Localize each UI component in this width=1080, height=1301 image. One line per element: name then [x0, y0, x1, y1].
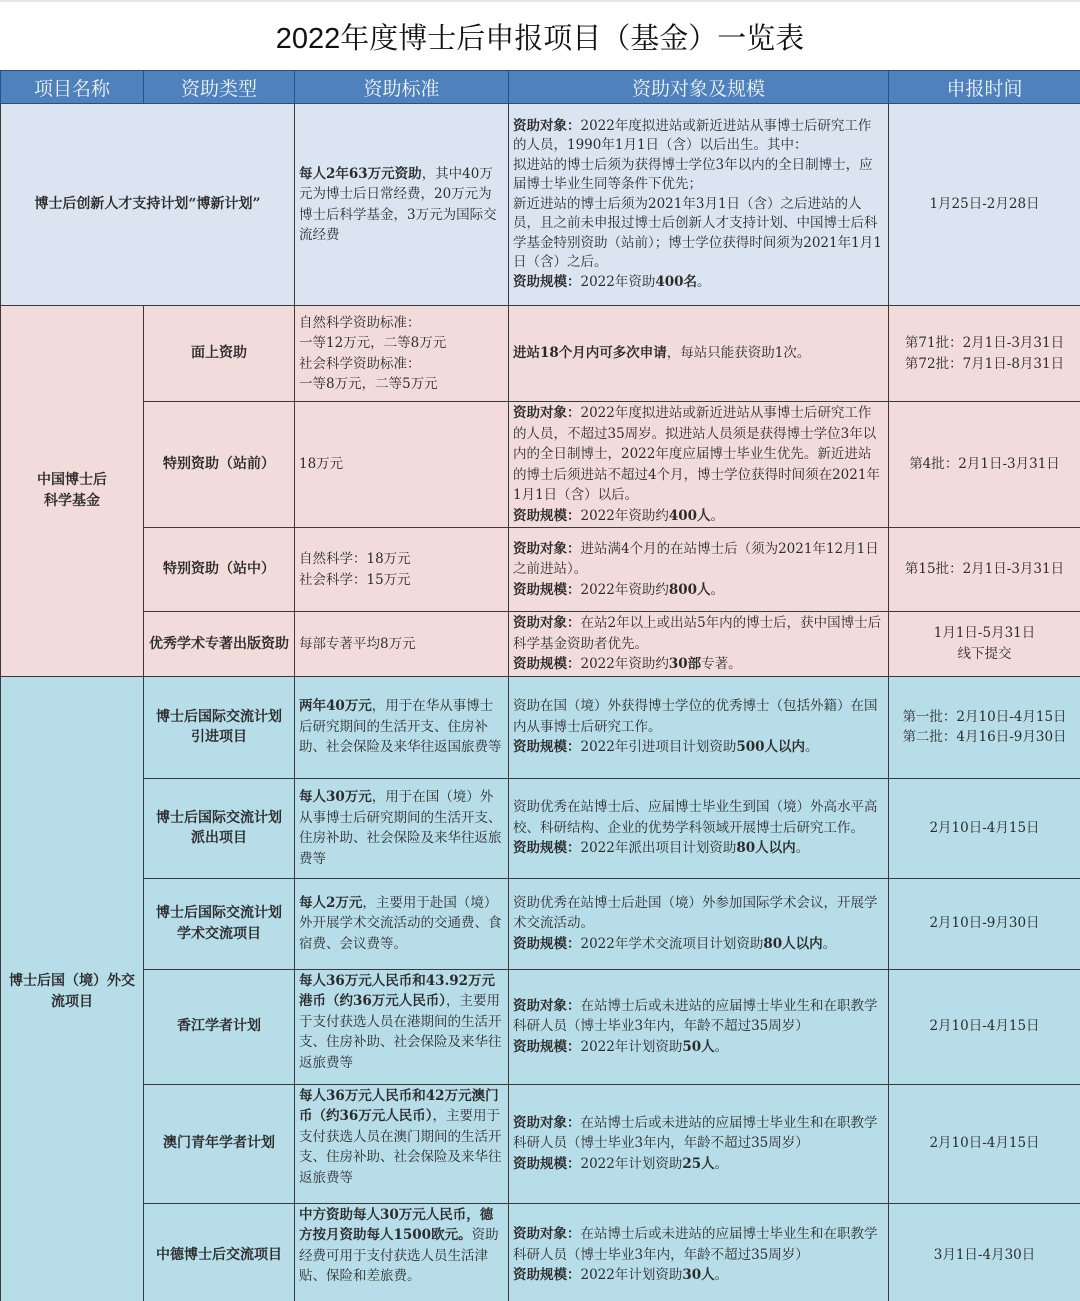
funding-standard-cell: 自然科学：18万元 社会科学：15万元	[295, 528, 509, 612]
scale-value: 25人	[682, 1156, 714, 1172]
target-scale-cell: 资助对象：2022年度拟进站或新近进站从事博士后研究工作的人员，1990年1月1…	[509, 104, 889, 306]
apply-time-cell: 2月10日-4月15日	[889, 1084, 1080, 1203]
apply-time-cell: 2月10日-4月15日	[889, 778, 1080, 878]
apply-time-cell: 2月10日-4月15日	[889, 969, 1080, 1084]
scale-suffix: 。	[805, 739, 819, 755]
funding-standard-cell: 两年40万元，用于在华从事博士后研究期间的生活开支、住房补助、社会保险及来华往返…	[295, 676, 509, 778]
apply-time-cell: 第15批：2月1日-3月31日	[889, 528, 1080, 612]
scale-suffix: 。	[697, 274, 711, 290]
funding-standard-cell: 每人30万元，用于在国（境）外从事博士后研究期间的生活开支、住房补助、社会保险及…	[295, 778, 509, 878]
table-row: 博士后国际交流计划 派出项目 每人30万元，用于在国（境）外从事博士后研究期间的…	[1, 778, 1080, 878]
scale-suffix: 。	[823, 936, 837, 952]
funding-standard-cell: 18万元	[295, 402, 509, 528]
target-label: 资助对象：	[513, 1115, 581, 1131]
scale-text: 2022年派出项目计划资助	[581, 840, 737, 856]
funding-standard-cell: 每部专著平均8万元	[295, 612, 509, 677]
table-row: 博士后创新人才支持计划“博新计划” 每人2年63万元资助，其中40万元为博士后日…	[1, 104, 1080, 306]
target-text: 2022年度拟进站或新近进站从事博士后研究工作的人员，1990年1月1日（含）以…	[513, 118, 882, 271]
scale-text: 2022年计划资助	[581, 1156, 683, 1172]
target-text: ，每站只能获资助1次。	[667, 345, 811, 361]
scale-suffix: 。	[715, 1156, 729, 1172]
standard-highlight: 两年40万元	[299, 698, 372, 714]
target-label: 资助对象：	[513, 405, 581, 421]
scale-value: 400人	[669, 508, 711, 524]
funding-type-cell: 特别资助（站前）	[144, 402, 295, 528]
funding-type-cell: 面上资助	[144, 306, 295, 402]
header-apply-time: 申报时间	[889, 71, 1080, 104]
project-name-cell: 中国博士后 科学基金	[1, 306, 144, 677]
target-scale-cell: 资助对象：在站博士后或未进站的应届博士毕业生和在职教学科研人员（博士毕业3年内，…	[509, 1084, 889, 1203]
target-scale-cell: 资助对象：2022年度拟进站或新近进站从事博士后研究工作的人员，不超过35周岁。…	[509, 402, 889, 528]
scale-label: 资助规模：	[513, 739, 581, 755]
header-target-scale: 资助对象及规模	[509, 71, 889, 104]
scale-suffix: 。	[711, 582, 725, 598]
funding-standard-cell: 每人2万元，主要用于赴国（境）外开展学术交流活动的交通费、食宿费、会议费等。	[295, 878, 509, 969]
funding-type-cell: 澳门青年学者计划	[144, 1084, 295, 1203]
target-scale-cell: 资助对象：在站博士后或未进站的应届博士毕业生和在职教学科研人员（博士毕业3年内，…	[509, 1203, 889, 1301]
scale-text: 2022年资助约	[581, 656, 669, 672]
standard-highlight: 每人30万元	[299, 789, 372, 805]
scale-label: 资助规模：	[513, 508, 581, 524]
funding-standard-cell: 每人2年63万元资助，其中40万元为博士后日常经费，20万元为博士后科学基金，3…	[295, 104, 509, 306]
table-row: 优秀学术专著出版资助 每部专著平均8万元 资助对象：在站2年以上或出站5年内的博…	[1, 612, 1080, 677]
scale-suffix: 。	[796, 840, 810, 856]
target-label: 资助对象：	[513, 541, 581, 557]
funding-type-cell: 特别资助（站中）	[144, 528, 295, 612]
funding-standard-cell: 每人36万元人民币和43.92万元港币（约36万元人民币），主要用于支付获选人员…	[295, 969, 509, 1084]
project-name-cell: 博士后国（境）外交流项目	[1, 676, 144, 1301]
scale-label: 资助规模：	[513, 936, 581, 952]
scale-value: 30人	[682, 1267, 714, 1283]
scale-text: 2022年资助约	[581, 582, 669, 598]
target-scale-cell: 资助对象：在站2年以上或出站5年内的博士后，获中国博士后科学基金资助者优先。资助…	[509, 612, 889, 677]
scale-label: 资助规模：	[513, 1156, 581, 1172]
project-name-cell: 博士后创新人才支持计划“博新计划”	[1, 104, 295, 306]
scale-value: 80人以内	[763, 936, 822, 952]
funding-table: 项目名称 资助类型 资助标准 资助对象及规模 申报时间 博士后创新人才支持计划“…	[0, 70, 1080, 1301]
scale-text: 2022年计划资助	[581, 1039, 683, 1055]
target-scale-cell: 进站18个月内可多次申请，每站只能获资助1次。	[509, 306, 889, 402]
scale-value: 500人以内	[736, 739, 805, 755]
funding-type-cell: 博士后国际交流计划 引进项目	[144, 676, 295, 778]
scale-suffix: 。	[711, 508, 725, 524]
scale-value: 80人以内	[736, 840, 795, 856]
header-project-name: 项目名称	[1, 71, 144, 104]
target-scale-cell: 资助优秀在站博士后赴国（境）外参加国际学术会议，开展学术交流活动。资助规模：20…	[509, 878, 889, 969]
scale-label: 资助规模：	[513, 840, 581, 856]
apply-time-cell: 第4批：2月1日-3月31日	[889, 402, 1080, 528]
scale-label: 资助规模：	[513, 274, 581, 290]
table-row: 中国博士后 科学基金 面上资助 自然科学资助标准： 一等12万元，二等8万元 社…	[1, 306, 1080, 402]
scale-value: 800人	[669, 582, 711, 598]
apply-time-cell: 3月1日-4月30日	[889, 1203, 1080, 1301]
apply-time-cell: 1月25日-2月28日	[889, 104, 1080, 306]
header-funding-standard: 资助标准	[295, 71, 509, 104]
target-scale-cell: 资助对象：进站满4个月的在站博士后（须为2021年12月1日之前进站）。资助规模…	[509, 528, 889, 612]
table-row: 博士后国际交流计划 学术交流项目 每人2万元，主要用于赴国（境）外开展学术交流活…	[1, 878, 1080, 969]
funding-standard-cell: 自然科学资助标准： 一等12万元，二等8万元 社会科学资助标准： 一等8万元，二…	[295, 306, 509, 402]
scale-value: 30部	[669, 656, 701, 672]
apply-time-cell: 第71批：2月1日-3月31日 第72批：7月1日-8月31日	[889, 306, 1080, 402]
scale-label: 资助规模：	[513, 656, 581, 672]
apply-time-cell: 1月1日-5月31日 线下提交	[889, 612, 1080, 677]
scale-text: 2022年资助	[581, 274, 656, 290]
target-text: 资助优秀在站博士后赴国（境）外参加国际学术会议，开展学术交流活动。	[513, 895, 878, 932]
scale-suffix: 。	[715, 1267, 729, 1283]
scale-value: 50人	[682, 1039, 714, 1055]
scale-text: 2022年资助约	[581, 508, 669, 524]
scale-text: 2022年学术交流项目计划资助	[581, 936, 764, 952]
target-text: 资助优秀在站博士后、应届博士毕业生到国（境）外高水平高校、科研结构、企业的优势学…	[513, 799, 878, 836]
scale-suffix: 。	[715, 1039, 729, 1055]
target-highlight: 进站18个月内可多次申请	[513, 345, 667, 361]
funding-type-cell: 优秀学术专著出版资助	[144, 612, 295, 677]
table-header-row: 项目名称 资助类型 资助标准 资助对象及规模 申报时间	[1, 71, 1080, 104]
table-row: 澳门青年学者计划 每人36万元人民币和42万元澳门币（约36万元人民币），主要用…	[1, 1084, 1080, 1203]
table-row: 香江学者计划 每人36万元人民币和43.92万元港币（约36万元人民币），主要用…	[1, 969, 1080, 1084]
funding-standard-cell: 中方资助每人30万元人民币，德方按月资助每人1500欧元。资助经费可用于支付获选…	[295, 1203, 509, 1301]
page-title: 2022年度博士后申报项目（基金）一览表	[0, 0, 1080, 70]
table-row: 博士后国（境）外交流项目 博士后国际交流计划 引进项目 两年40万元，用于在华从…	[1, 676, 1080, 778]
scale-label: 资助规模：	[513, 1039, 581, 1055]
scale-suffix: 专著。	[701, 656, 742, 672]
funding-type-cell: 香江学者计划	[144, 969, 295, 1084]
target-text: 资助在国（境）外获得博士学位的优秀博士（包括外籍）在国内从事博士后研究工作。	[513, 698, 878, 735]
scale-label: 资助规模：	[513, 582, 581, 598]
target-label: 资助对象：	[513, 1226, 581, 1242]
apply-time-cell: 2月10日-9月30日	[889, 878, 1080, 969]
target-label: 资助对象：	[513, 998, 581, 1014]
target-scale-cell: 资助优秀在站博士后、应届博士毕业生到国（境）外高水平高校、科研结构、企业的优势学…	[509, 778, 889, 878]
target-label: 资助对象：	[513, 615, 581, 631]
apply-time-cell: 第一批：2月10日-4月15日 第二批：4月16日-9月30日	[889, 676, 1080, 778]
table-row: 中德博士后交流项目 中方资助每人30万元人民币，德方按月资助每人1500欧元。资…	[1, 1203, 1080, 1301]
scale-text: 2022年引进项目计划资助	[581, 739, 737, 755]
funding-standard-cell: 每人36万元人民币和42万元澳门币（约36万元人民币），主要用于支付获选人员在澳…	[295, 1084, 509, 1203]
scale-label: 资助规模：	[513, 1267, 581, 1283]
target-scale-cell: 资助在国（境）外获得博士学位的优秀博士（包括外籍）在国内从事博士后研究工作。资助…	[509, 676, 889, 778]
standard-highlight: 每人2年63万元资助	[299, 166, 422, 182]
funding-type-cell: 中德博士后交流项目	[144, 1203, 295, 1301]
header-funding-type: 资助类型	[144, 71, 295, 104]
table-row: 特别资助（站中） 自然科学：18万元 社会科学：15万元 资助对象：进站满4个月…	[1, 528, 1080, 612]
funding-type-cell: 博士后国际交流计划 派出项目	[144, 778, 295, 878]
scale-text: 2022年计划资助	[581, 1267, 683, 1283]
scale-value: 400名	[655, 274, 697, 290]
standard-highlight: 中方资助每人30万元人民币，德方按月资助每人1500欧元。	[299, 1207, 493, 1244]
table-row: 特别资助（站前） 18万元 资助对象：2022年度拟进站或新近进站从事博士后研究…	[1, 402, 1080, 528]
funding-type-cell: 博士后国际交流计划 学术交流项目	[144, 878, 295, 969]
standard-highlight: 每人2万元	[299, 895, 362, 911]
target-label: 资助对象：	[513, 118, 581, 134]
target-scale-cell: 资助对象：在站博士后或未进站的应届博士毕业生和在职教学科研人员（博士毕业3年内，…	[509, 969, 889, 1084]
